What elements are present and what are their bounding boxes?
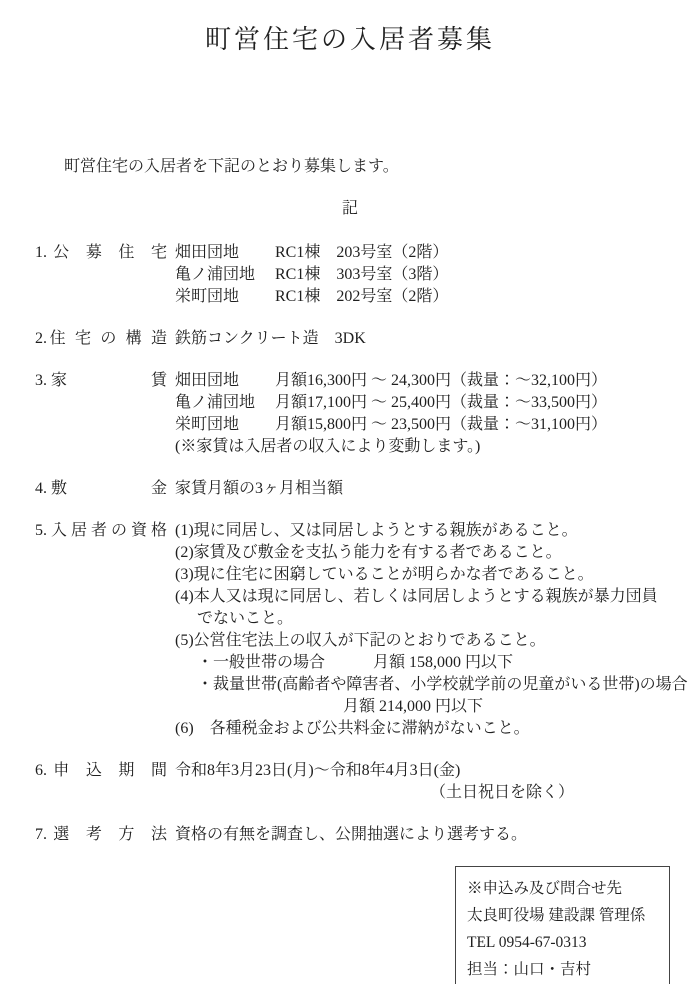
section-structure: 2.住 宅 の 構 造 鉄筋コンクリート造 3DK — [0, 328, 700, 350]
complex-detail: RC1棟 303号室（3階） — [275, 264, 700, 286]
income-bullet-discretion: ・裁量世帯(高齢者や障害者、小学校就学前の児童がいる世帯)の場合 — [175, 674, 700, 696]
section-public-housing-label: 1.公 募 住 宅 — [35, 242, 167, 264]
section-structure-body: 鉄筋コンクリート造 3DK — [167, 328, 700, 350]
contact-phone: TEL 0954-67-0313 — [467, 929, 658, 956]
intro-text: 町営住宅の入居者を下記のとおり募集します。 — [0, 156, 700, 178]
section-deposit-label: 4.敷 金 — [35, 478, 167, 500]
section-qualifications-body: (1)現に同居し、又は同居しようとする親族があること。 (2)家賃及び敷金を支払… — [167, 520, 700, 740]
income-discretion-amount: 月額 214,000 円以下 — [175, 696, 700, 718]
complex-name: 栄町団地 — [175, 286, 275, 308]
section-selection-method: 7.選 考 方 法 資格の有無を調査し、公開抽選により選考する。 — [0, 824, 700, 846]
complex-name: 亀ノ浦団地 — [175, 392, 275, 414]
housing-row: 畑田団地 RC1棟 203号室（2階） — [175, 242, 700, 264]
section-application-period: 6.申 込 期 間 令和8年3月23日(月)～令和8年4月3日(金) （土日祝日… — [0, 760, 700, 804]
housing-row: 栄町団地 RC1棟 202号室（2階） — [175, 286, 700, 308]
contact-box: ※申込み及び問合せ先 太良町役場 建設課 管理係 TEL 0954-67-031… — [455, 866, 670, 984]
rent-note: (※家賃は入居者の収入により変動します。) — [175, 436, 700, 458]
record-marker: 記 — [0, 198, 700, 220]
section-public-housing: 1.公 募 住 宅 畑田団地 RC1棟 203号室（2階） 亀ノ浦団地 RC1棟… — [0, 242, 700, 308]
section-qualifications-label: 5.入居者の資格 — [35, 520, 167, 542]
section-selection-method-label: 7.選 考 方 法 — [35, 824, 167, 846]
qualification-item: (1)現に同居し、又は同居しようとする親族があること。 — [175, 520, 700, 542]
rent-detail: 月額15,800円 ～ 23,500円（裁量：～31,100円） — [275, 414, 700, 436]
section-public-housing-body: 畑田団地 RC1棟 203号室（2階） 亀ノ浦団地 RC1棟 303号室（3階）… — [167, 242, 700, 308]
qualification-item: (4)本人又は現に同居し、若しくは同居しようとする親族が暴力団員 — [175, 586, 700, 608]
section-rent-label: 3.家 賃 — [35, 370, 167, 392]
qualification-item: (2)家賃及び敷金を支払う能力を有する者であること。 — [175, 542, 700, 564]
rent-row: 栄町団地 月額15,800円 ～ 23,500円（裁量：～31,100円） — [175, 414, 700, 436]
complex-detail: RC1棟 202号室（2階） — [275, 286, 700, 308]
qualification-item-continuation: でないこと。 — [175, 608, 700, 630]
rent-detail: 月額17,100円 ～ 25,400円（裁量：～33,500円） — [275, 392, 700, 414]
section-qualifications: 5.入居者の資格 (1)現に同居し、又は同居しようとする親族があること。 (2)… — [0, 520, 700, 740]
section-rent-body: 畑田団地 月額16,300円 ～ 24,300円（裁量：～32,100円） 亀ノ… — [167, 370, 700, 458]
section-application-period-body: 令和8年3月23日(月)～令和8年4月3日(金) （土日祝日を除く） — [167, 760, 700, 804]
section-selection-method-body: 資格の有無を調査し、公開抽選により選考する。 — [167, 824, 700, 846]
page: { "document": { "title": "町営住宅の入居者募集", "… — [0, 0, 700, 984]
section-rent: 3.家 賃 畑田団地 月額16,300円 ～ 24,300円（裁量：～32,10… — [0, 370, 700, 458]
contact-heading: ※申込み及び問合せ先 — [467, 875, 658, 902]
complex-name: 畑田団地 — [175, 242, 275, 264]
section-structure-label: 2.住 宅 の 構 造 — [35, 328, 167, 350]
rent-detail: 月額16,300円 ～ 24,300円（裁量：～32,100円） — [275, 370, 700, 392]
application-period-dates: 令和8年3月23日(月)～令和8年4月3日(金) — [175, 760, 700, 782]
complex-name: 畑田団地 — [175, 370, 275, 392]
section-application-period-label: 6.申 込 期 間 — [35, 760, 167, 782]
application-period-note: （土日祝日を除く） — [175, 782, 700, 804]
complex-name: 栄町団地 — [175, 414, 275, 436]
sections: 1.公 募 住 宅 畑田団地 RC1棟 203号室（2階） 亀ノ浦団地 RC1棟… — [0, 242, 700, 846]
qualification-item: (6) 各種税金および公共料金に滞納がないこと。 — [175, 718, 700, 740]
contact-office: 太良町役場 建設課 管理係 — [467, 902, 658, 929]
rent-row: 畑田団地 月額16,300円 ～ 24,300円（裁量：～32,100円） — [175, 370, 700, 392]
qualification-item: (3)現に住宅に困窮していることが明らかな者であること。 — [175, 564, 700, 586]
rent-row: 亀ノ浦団地 月額17,100円 ～ 25,400円（裁量：～33,500円） — [175, 392, 700, 414]
contact-staff: 担当：山口・吉村 — [467, 956, 658, 983]
income-bullet-general: ・一般世帯の場合 月額 158,000 円以下 — [175, 652, 700, 674]
housing-row: 亀ノ浦団地 RC1棟 303号室（3階） — [175, 264, 700, 286]
qualification-item: (5)公営住宅法上の収入が下記のとおりであること。 — [175, 630, 700, 652]
complex-name: 亀ノ浦団地 — [175, 264, 275, 286]
page-title: 町営住宅の入居者募集 — [0, 22, 700, 58]
section-deposit-body: 家賃月額の3ヶ月相当額 — [167, 478, 700, 500]
section-deposit: 4.敷 金 家賃月額の3ヶ月相当額 — [0, 478, 700, 500]
complex-detail: RC1棟 203号室（2階） — [275, 242, 700, 264]
